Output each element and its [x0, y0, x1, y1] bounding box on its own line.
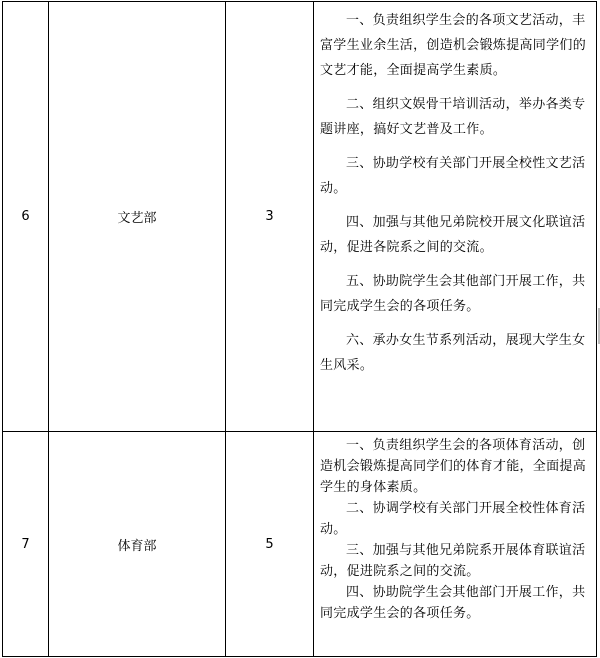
duties-cell: 一、负责组织学生会的各项文艺活动，丰富学生业余生活，创造机会锻炼提高同学们的文艺… [313, 1, 597, 431]
departments-table: 6 文艺部 3 一、负责组织学生会的各项文艺活动，丰富学生业余生活，创造机会锻炼… [2, 1, 597, 657]
duty-item: 四、加强与其他兄弟院校开展文化联谊活动，促进各院系之间的交流。 [320, 210, 590, 260]
row-number: 6 [21, 209, 29, 224]
duty-item: 四、协助院学生会其他部门开展工作，共同完成学生会的各项任务。 [320, 582, 590, 624]
duty-item: 二、协调学校有关部门开展全校性体育活动。 [320, 498, 590, 540]
department-name-cell: 体育部 [48, 431, 225, 657]
department-name: 体育部 [117, 535, 156, 554]
row-number-cell: 6 [2, 1, 48, 431]
duty-item: 三、加强与其他兄弟院系开展体育联谊活动，促进院系之间的交流。 [320, 540, 590, 582]
duty-item: 六、承办女生节系列活动，展现大学生女生风采。 [320, 328, 590, 378]
member-count-cell: 5 [225, 431, 313, 657]
member-count: 5 [265, 537, 273, 552]
duty-item: 二、组织文娱骨干培训活动，举办各类专题讲座，搞好文艺普及工作。 [320, 92, 590, 142]
table-row-art-department: 6 文艺部 3 一、负责组织学生会的各项文艺活动，丰富学生业余生活，创造机会锻炼… [2, 1, 597, 431]
row-number-cell: 7 [2, 431, 48, 657]
duty-item: 一、负责组织学生会的各项体育活动，创造机会锻炼提高同学们的体育才能，全面提高学生… [320, 435, 590, 498]
duties-text: 一、负责组织学生会的各项文艺活动，丰富学生业余生活，创造机会锻炼提高同学们的文艺… [320, 2, 590, 378]
duties-cell: 一、负责组织学生会的各项体育活动，创造机会锻炼提高同学们的体育才能，全面提高学生… [313, 431, 597, 657]
duty-item: 一、负责组织学生会的各项文艺活动，丰富学生业余生活，创造机会锻炼提高同学们的文艺… [320, 8, 590, 83]
table-row-sports-department: 7 体育部 5 一、负责组织学生会的各项体育活动，创造机会锻炼提高同学们的体育才… [2, 431, 597, 657]
member-count: 3 [265, 209, 273, 224]
duties-text: 一、负责组织学生会的各项体育活动，创造机会锻炼提高同学们的体育才能，全面提高学生… [320, 432, 590, 624]
department-name-cell: 文艺部 [48, 1, 225, 431]
duty-item: 三、协助学校有关部门开展全校性文艺活动。 [320, 151, 590, 201]
row-number: 7 [21, 537, 29, 552]
duty-item: 五、协助院学生会其他部门开展工作，共同完成学生会的各项任务。 [320, 269, 590, 319]
member-count-cell: 3 [225, 1, 313, 431]
department-name: 文艺部 [117, 207, 156, 226]
